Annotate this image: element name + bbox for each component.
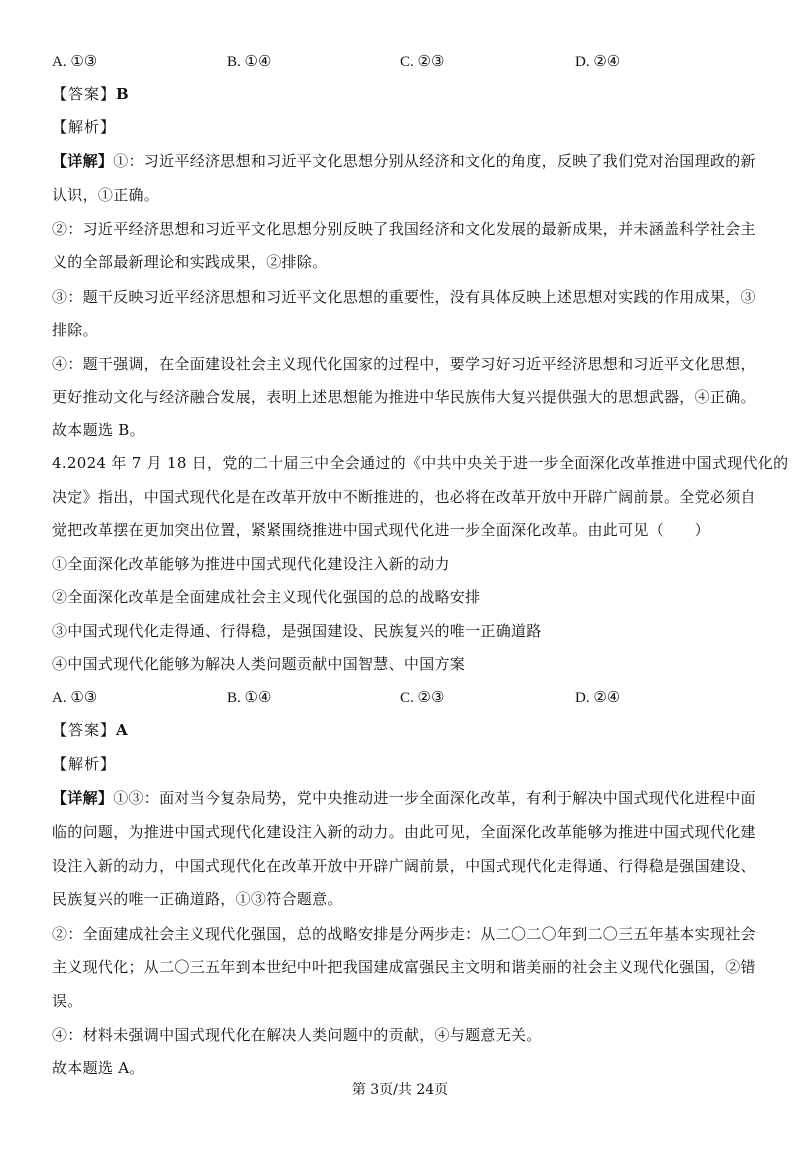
- q4-statement-1: ①全面深化改革能够为推进中国式现代化建设注入新的动力: [52, 554, 752, 574]
- q4-detail-line-0: 【详解】①③：面对当今复杂局势，党中央推动进一步全面深化改革，有利于解决中国式现…: [52, 788, 752, 808]
- q4-answer: 【答案】A: [52, 720, 752, 740]
- q3-detail-line-0: 【详解】①：习近平经济思想和习近平文化思想分别从经济和文化的角度，反映了我们党对…: [52, 151, 752, 171]
- q4-statement-4: ④中国式现代化能够为解决人类问题贡献中国智慧、中国方案: [52, 654, 752, 674]
- q4-stem-line-1: 决定》指出，中国式现代化是在改革开放中不断推进的，也必将在改革开放中开辟广阔前景…: [52, 487, 752, 507]
- q4-detail-line-5: 主义现代化；从二〇三五年到本世纪中叶把我国建成富强民主文明和谐美丽的社会主义现代…: [52, 957, 752, 977]
- q3-analysis-label: 【解析】: [52, 117, 752, 137]
- q4-analysis-label: 【解析】: [52, 754, 752, 774]
- q3-answer: 【答案】B: [52, 84, 752, 104]
- q3-detail-line-5: 排除。: [52, 320, 752, 340]
- q4-detail-line-4: ②：全面建成社会主义现代化强国，总的战略安排是分两步走：从二〇二〇年到二〇三五年…: [52, 924, 752, 944]
- q3-detail-line-2: ②：习近平经济思想和习近平文化思想分别反映了我国经济和文化发展的最新成果，并未涵…: [52, 219, 752, 239]
- q4-stem-line-2: 觉把改革摆在更加突出位置，紧紧围绕推进中国式现代化进一步全面深化改革。由此可见（…: [52, 520, 752, 540]
- answer-value: A: [116, 721, 128, 739]
- q3-detail-line-6: ④：题干强调，在全面建设社会主义现代化国家的过程中，要学习好习近平经济思想和习近…: [52, 354, 752, 374]
- q4-stem-line-0: 4.2024 年 7 月 18 日，党的二十届三中全会通过的《中共中央关于进一步…: [52, 453, 752, 473]
- answer-label: 【答案】: [52, 85, 116, 103]
- q3-option-c: C. ②③: [400, 52, 444, 72]
- page-number-footer: 第 3页/共 24页: [0, 1080, 800, 1100]
- q4-option-a: A. ①③: [52, 688, 97, 708]
- q4-detail-line-6: 误。: [52, 991, 752, 1011]
- q3-detail-line-7: 更好推动文化与经济融合发展，表明上述思想能为推进中华民族伟大复兴提供强大的思想武…: [52, 387, 752, 407]
- q4-detail-line-2: 设注入新的动力，中国式现代化在改革开放中开辟广阔前景，中国式现代化走得通、行得稳…: [52, 856, 752, 876]
- q4-detail-line-7: ④：材料未强调中国式现代化在解决人类问题中的贡献，④与题意无关。: [52, 1025, 752, 1045]
- q3-detail-line-3: 义的全部最新理论和实践成果，②排除。: [52, 252, 752, 272]
- q3-option-b: B. ①④: [227, 52, 271, 72]
- answer-label: 【答案】: [52, 721, 116, 739]
- q4-detail-line-8: 故本题选 A。: [52, 1058, 752, 1078]
- q4-statement-2: ②全面深化改革是全面建成社会主义现代化强国的总的战略安排: [52, 587, 752, 607]
- q4-option-b: B. ①④: [227, 688, 271, 708]
- detail-label: 【详解】: [52, 789, 113, 807]
- q3-detail-line-4: ③：题干反映习近平经济思想和习近平文化思想的重要性，没有具体反映上述思想对实践的…: [52, 287, 752, 307]
- q3-option-a: A. ①③: [52, 52, 97, 72]
- q4-detail-line-3: 民族复兴的唯一正确道路，①③符合题意。: [52, 889, 752, 909]
- detail-label: 【详解】: [52, 152, 113, 170]
- q3-detail-line-1: 认识，①正确。: [52, 185, 752, 205]
- q4-option-c: C. ②③: [400, 688, 444, 708]
- answer-value: B: [116, 85, 129, 103]
- q3-option-d: D. ②④: [575, 52, 620, 72]
- q4-option-d: D. ②④: [575, 688, 620, 708]
- q4-statement-3: ③中国式现代化走得通、行得稳，是强国建设、民族复兴的唯一正确道路: [52, 621, 752, 641]
- q4-detail-line-1: 临的问题，为推进中国式现代化建设注入新的动力。由此可见，全面深化改革能够为推进中…: [52, 822, 752, 842]
- q3-detail-line-8: 故本题选 B。: [52, 420, 752, 440]
